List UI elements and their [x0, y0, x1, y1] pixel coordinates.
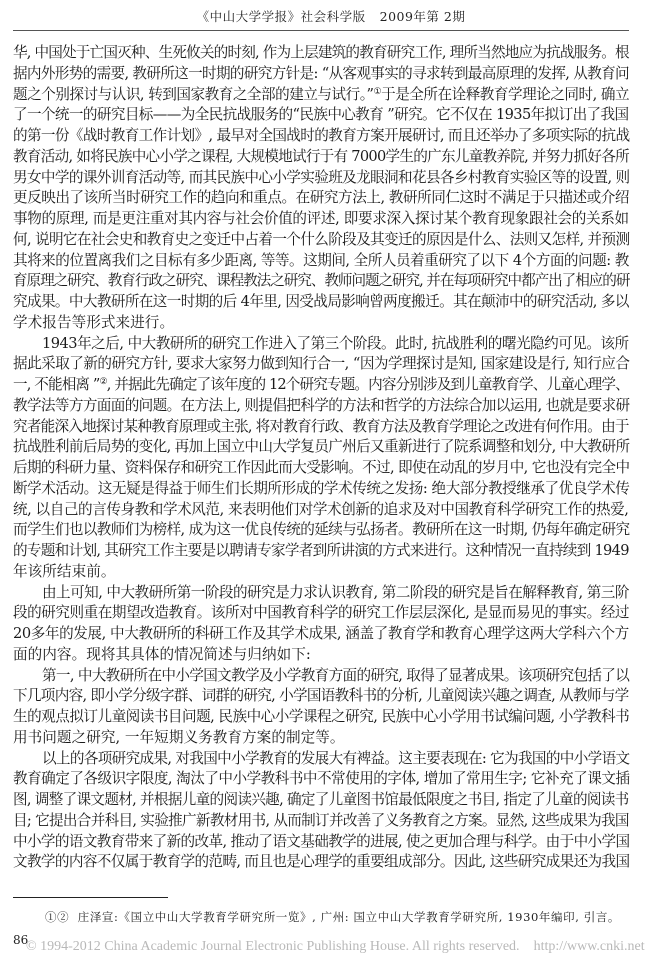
text-line-content: 中小学的语文教育带来了新的改革, 推动了语文基础教学的进展, 使之更加合理与科学…: [13, 833, 629, 850]
text-line: 了一个统一的研究目标——为全民抗战服务的“民族中心教育 ”研究。它不仅在 193…: [13, 105, 629, 126]
text-line: 何, 说明它在社会史和教育史之变迁中占着一个什么阶段及其变迁的原因是什么、法则又…: [13, 230, 629, 251]
text-line-content: 20多年的发展, 中大教研所的科研工作及其学术成果, 涵盖了教育学和教育心理学这…: [13, 625, 629, 642]
text-line-content: 目; 它提出合并科目, 实验推广新教材用书, 从而制订并改善了义务教育之方案。显…: [13, 812, 629, 829]
text-line-content: 用书问题之研究, 一年短期义务教育方案的制定等。: [13, 729, 345, 746]
text-line: 更反映出了该所当时研究工作的趋向和重点。在研究方法上, 教研所同仁这时不满足于只…: [13, 188, 629, 209]
text-line: 中小学的语文教育带来了新的改革, 推动了语文基础教学的进展, 使之更加合理与科学…: [13, 832, 629, 853]
text-line: 第一, 中大教研所在中小学国文教学及小学教育方面的研究, 取得了显著成果。该项研…: [13, 666, 629, 687]
text-line: 段的研究则重在期望改造教育。该所对中国教育科学的研究工作层层深化, 是显而易见的…: [13, 603, 629, 624]
text-line-content: 教学法等方方面面的问题。在方法上, 则提倡把科学的方法和哲学的方法综合加以运用,…: [13, 397, 629, 414]
text-line: 由上可知, 中大教研所第一阶段的研究是力求认识教育, 第二阶段的研究是旨在解释教…: [13, 583, 629, 604]
text-line-content: 育原理之研究、教育行政之研究、课程教法之研究、教师问题之研究, 并在每项研究中都…: [13, 272, 629, 289]
text-line-content: 第一, 中大教研所在中小学国文教学及小学教育方面的研究, 取得了显著成果。该项研…: [42, 667, 629, 684]
running-header: 《中山大学学报》社会科学版2009年第 2期: [0, 7, 662, 25]
text-line-content: 学术报告等形式来进行。: [13, 314, 174, 331]
text-line-content: 生的观点拟订儿童阅读书目问题, 民族中心小学课程之研究, 民族中心小学用书试编问…: [13, 708, 629, 725]
text-line-content: 究者能深入地探讨某种教育原理或主张, 将对教育行政、教育方法及教育学理论之改进有…: [13, 418, 629, 435]
text-line: 生的观点拟订儿童阅读书目问题, 民族中心小学课程之研究, 民族中心小学用书试编问…: [13, 707, 629, 728]
text-line-content: 文教学的内容不仅属于教育学的范畴, 而且也是心理学的重要组成部分。因此, 这些研…: [13, 853, 629, 870]
copyright-watermark: © 1994-2012 China Academic Journal Elect…: [26, 939, 645, 955]
text-line: 统, 以自己的言传身教和学术风范, 来表明他们对学术创新的追求及对中国教育科学研…: [13, 500, 629, 521]
text-line: 教育确定了各级识字限度, 淘汰了中小学教科书中不常使用的字体, 增加了常用生字;…: [13, 769, 629, 790]
text-line: 学术报告等形式来进行。: [13, 313, 629, 334]
text-line: 目; 它提出合并科目, 实验推广新教材用书, 从而制订并改善了义务教育之方案。显…: [13, 811, 629, 832]
text-line: 下几项内容, 即小学分级字群、词群的研究, 小学国语教科书的分析, 儿童阅读兴趣…: [13, 686, 629, 707]
text-line: 的第一份《战时教育工作计划》, 最早对全国战时的教育方案开展研讨, 而且还举办了…: [13, 126, 629, 147]
text-line-content: 究成果。中大教研所在这一时期的后 4年里, 因受战局影响曾两度搬迁。其在颠沛中的…: [13, 293, 629, 310]
text-line-content: 断学术活动。这无疑是得益于师生们长期所形成的学术传统之发扬: 绝大部分教授继承了…: [13, 480, 629, 497]
text-line-content: 的专题和计划, 其研究工作主要是以聘请专家学者到所讲演的方式来进行。这种情况一直…: [13, 542, 629, 559]
text-line-content: 题之个别探讨与认识, 转到国家教育之全部的建立与试行。”: [13, 86, 374, 103]
text-line-content: 年该所结束前。: [13, 563, 116, 580]
footnote-ref[interactable]: ①: [374, 87, 382, 97]
text-line: 面的内容。现将其具体的情况简述与归纳如下:: [13, 645, 629, 666]
text-line-content: 更反映出了该所当时研究工作的趋向和重点。在研究方法上, 教研所同仁这时不满足于只…: [13, 189, 629, 206]
text-line-content: , 并据此先确定了该年度的 12个研究专题。内容分别涉及到儿童教育学、儿童心理学…: [107, 376, 629, 393]
footnote-ref[interactable]: ②: [100, 377, 107, 387]
text-line: 据此采取了新的研究方针, 要求大家努力做到知行合一, “因为学理探讨是知, 国家…: [13, 354, 629, 375]
text-line-content: 事物的原理, 而是更注重对其内容与社会价值的评述, 即要求深入探讨某个教育现象跟…: [13, 210, 629, 227]
text-line: 男女中学的课外训育活动等, 而其民族中心小学实验班及龙眼洞和花县各乡村教育实验区…: [13, 168, 629, 189]
text-line: 究成果。中大教研所在这一时期的后 4年里, 因受战局影响曾两度搬迁。其在颠沛中的…: [13, 292, 629, 313]
text-line: 文教学的内容不仅属于教育学的范畴, 而且也是心理学的重要组成部分。因此, 这些研…: [13, 852, 629, 873]
text-line: 究者能深入地探讨某种教育原理或主张, 将对教育行政、教育方法及教育学理论之改进有…: [13, 417, 629, 438]
text-line-content: 何, 说明它在社会史和教育史之变迁中占着一个什么阶段及其变迁的原因是什么、法则又…: [13, 231, 629, 248]
text-line-content: 以上的各项研究成果, 对我国中小学教育的发展大有裨益。这主要表现在: 它为我国的…: [42, 750, 629, 767]
text-line: 以上的各项研究成果, 对我国中小学教育的发展大有裨益。这主要表现在: 它为我国的…: [13, 749, 629, 770]
text-line-content: 一, 不能相离 ”: [13, 376, 100, 393]
text-line: 一, 不能相离 ”②, 并据此先确定了该年度的 12个研究专题。内容分别涉及到儿…: [13, 375, 629, 396]
text-line-content: 而学生们也以教师们为榜样, 成为这一优良传统的延续与弘扬者。教研所在这一时期, …: [13, 521, 629, 538]
text-line: 20多年的发展, 中大教研所的科研工作及其学术成果, 涵盖了教育学和教育心理学这…: [13, 624, 629, 645]
copyright-text: © 1994-2012 China Academic Journal Elect…: [26, 939, 520, 954]
body-text: 华, 中国处于亡国灭种、生死攸关的时刻, 作为上层建筑的教育研究工作, 理所当然…: [13, 43, 629, 873]
text-line: 年该所结束前。: [13, 562, 629, 583]
text-line: 断学术活动。这无疑是得益于师生们长期所形成的学术传统之发扬: 绝大部分教授继承了…: [13, 479, 629, 500]
text-line: 图, 调整了课文题材, 并根据儿童的阅读兴趣, 确定了儿童图书馆最低限度之书目,…: [13, 790, 629, 811]
text-line-content: 的第一份《战时教育工作计划》, 最早对全国战时的教育方案开展研讨, 而且还举办了…: [13, 127, 629, 144]
text-line-content: 据内外形势的需要, 教研所这一时期的研究方针是: “从客观事实的寻求转到最高原理…: [13, 65, 629, 82]
text-line-content: 后期的科研力量、资料保存和研究工作因此而大受影响。不过, 即使在动乱的岁月中, …: [13, 459, 629, 476]
text-line: 教学法等方方面面的问题。在方法上, 则提倡把科学的方法和哲学的方法综合加以运用,…: [13, 396, 629, 417]
issue-label: 2009年第 2期: [380, 9, 466, 24]
text-line: 据内外形势的需要, 教研所这一时期的研究方针是: “从客观事实的寻求转到最高原理…: [13, 64, 629, 85]
text-line-content: 华, 中国处于亡国灭种、生死攸关的时刻, 作为上层建筑的教育研究工作, 理所当然…: [13, 44, 629, 61]
text-line-content: 下几项内容, 即小学分级字群、词群的研究, 小学国语教科书的分析, 儿童阅读兴趣…: [13, 687, 629, 704]
text-line: 育原理之研究、教育行政之研究、课程教法之研究、教师问题之研究, 并在每项研究中都…: [13, 271, 629, 292]
text-line-content: 于是全所在诠释教育学理论之同时, 确立: [381, 86, 629, 103]
text-line: 后期的科研力量、资料保存和研究工作因此而大受影响。不过, 即使在动乱的岁月中, …: [13, 458, 629, 479]
header-rule: [13, 30, 629, 31]
text-line-content: 教育活动, 如将民族中心小学之课程, 大规模地试行于有 7000学生的广东儿童教…: [13, 148, 629, 165]
copyright-url: http://www.cnki.net: [534, 939, 645, 954]
text-line: 事物的原理, 而是更注重对其内容与社会价值的评述, 即要求深入探讨某个教育现象跟…: [13, 209, 629, 230]
text-line-content: 图, 调整了课文题材, 并根据儿童的阅读兴趣, 确定了儿童图书馆最低限度之书目,…: [13, 791, 629, 808]
text-line-content: 教育确定了各级识字限度, 淘汰了中小学教科书中不常使用的字体, 增加了常用生字;…: [13, 770, 629, 787]
text-line: 华, 中国处于亡国灭种、生死攸关的时刻, 作为上层建筑的教育研究工作, 理所当然…: [13, 43, 629, 64]
text-line: 而学生们也以教师们为榜样, 成为这一优良传统的延续与弘扬者。教研所在这一时期, …: [13, 520, 629, 541]
text-line: 抗战胜利前后局势的变化, 再加上国立中山大学复员广州后又重新进行了院系调整和划分…: [13, 437, 629, 458]
footnote: ①② 庄泽宣:《国立中山大学教育学研究所一览》, 广州: 国立中山大学教育学研究…: [45, 909, 620, 925]
text-line: 1943年之后, 中大教研所的研究工作进入了第三个阶段。此时, 抗战胜利的曙光隐…: [13, 334, 629, 355]
text-line-content: 男女中学的课外训育活动等, 而其民族中心小学实验班及龙眼洞和花县各乡村教育实验区…: [13, 169, 629, 186]
text-line-content: 抗战胜利前后局势的变化, 再加上国立中山大学复员广州后又重新进行了院系调整和划分…: [13, 438, 629, 455]
text-line: 的专题和计划, 其研究工作主要是以聘请专家学者到所讲演的方式来进行。这种情况一直…: [13, 541, 629, 562]
footnote-rule: [13, 897, 168, 898]
text-line-content: 段的研究则重在期望改造教育。该所对中国教育科学的研究工作层层深化, 是显而易见的…: [13, 604, 629, 621]
text-line-content: 由上可知, 中大教研所第一阶段的研究是力求认识教育, 第二阶段的研究是旨在解释教…: [42, 584, 629, 601]
text-line: 教育活动, 如将民族中心小学之课程, 大规模地试行于有 7000学生的广东儿童教…: [13, 147, 629, 168]
text-line: 题之个别探讨与认识, 转到国家教育之全部的建立与试行。”①于是全所在诠释教育学理…: [13, 85, 629, 106]
text-line: 其将来的位置离我们之目标有多少距离, 等等。这期间, 全所人员着重研究了以下 4…: [13, 251, 629, 272]
text-line-content: 面的内容。现将其具体的情况简述与归纳如下:: [13, 646, 311, 663]
text-line-content: 统, 以自己的言传身教和学术风范, 来表明他们对学术创新的追求及对中国教育科学研…: [13, 501, 629, 518]
footnote-marks: ①②: [45, 910, 69, 924]
text-line-content: 据此采取了新的研究方针, 要求大家努力做到知行合一, “因为学理探讨是知, 国家…: [13, 355, 629, 372]
text-line-content: 1943年之后, 中大教研所的研究工作进入了第三个阶段。此时, 抗战胜利的曙光隐…: [42, 335, 629, 352]
footnote-text: 庄泽宣:《国立中山大学教育学研究所一览》, 广州: 国立中山大学教育学研究所, …: [78, 910, 620, 924]
text-line: 用书问题之研究, 一年短期义务教育方案的制定等。: [13, 728, 629, 749]
text-line-content: 其将来的位置离我们之目标有多少距离, 等等。这期间, 全所人员着重研究了以下 4…: [13, 252, 629, 269]
journal-title: 《中山大学学报》社会科学版: [197, 9, 366, 24]
text-line-content: 了一个统一的研究目标——为全民抗战服务的“民族中心教育 ”研究。它不仅在 193…: [13, 106, 628, 123]
